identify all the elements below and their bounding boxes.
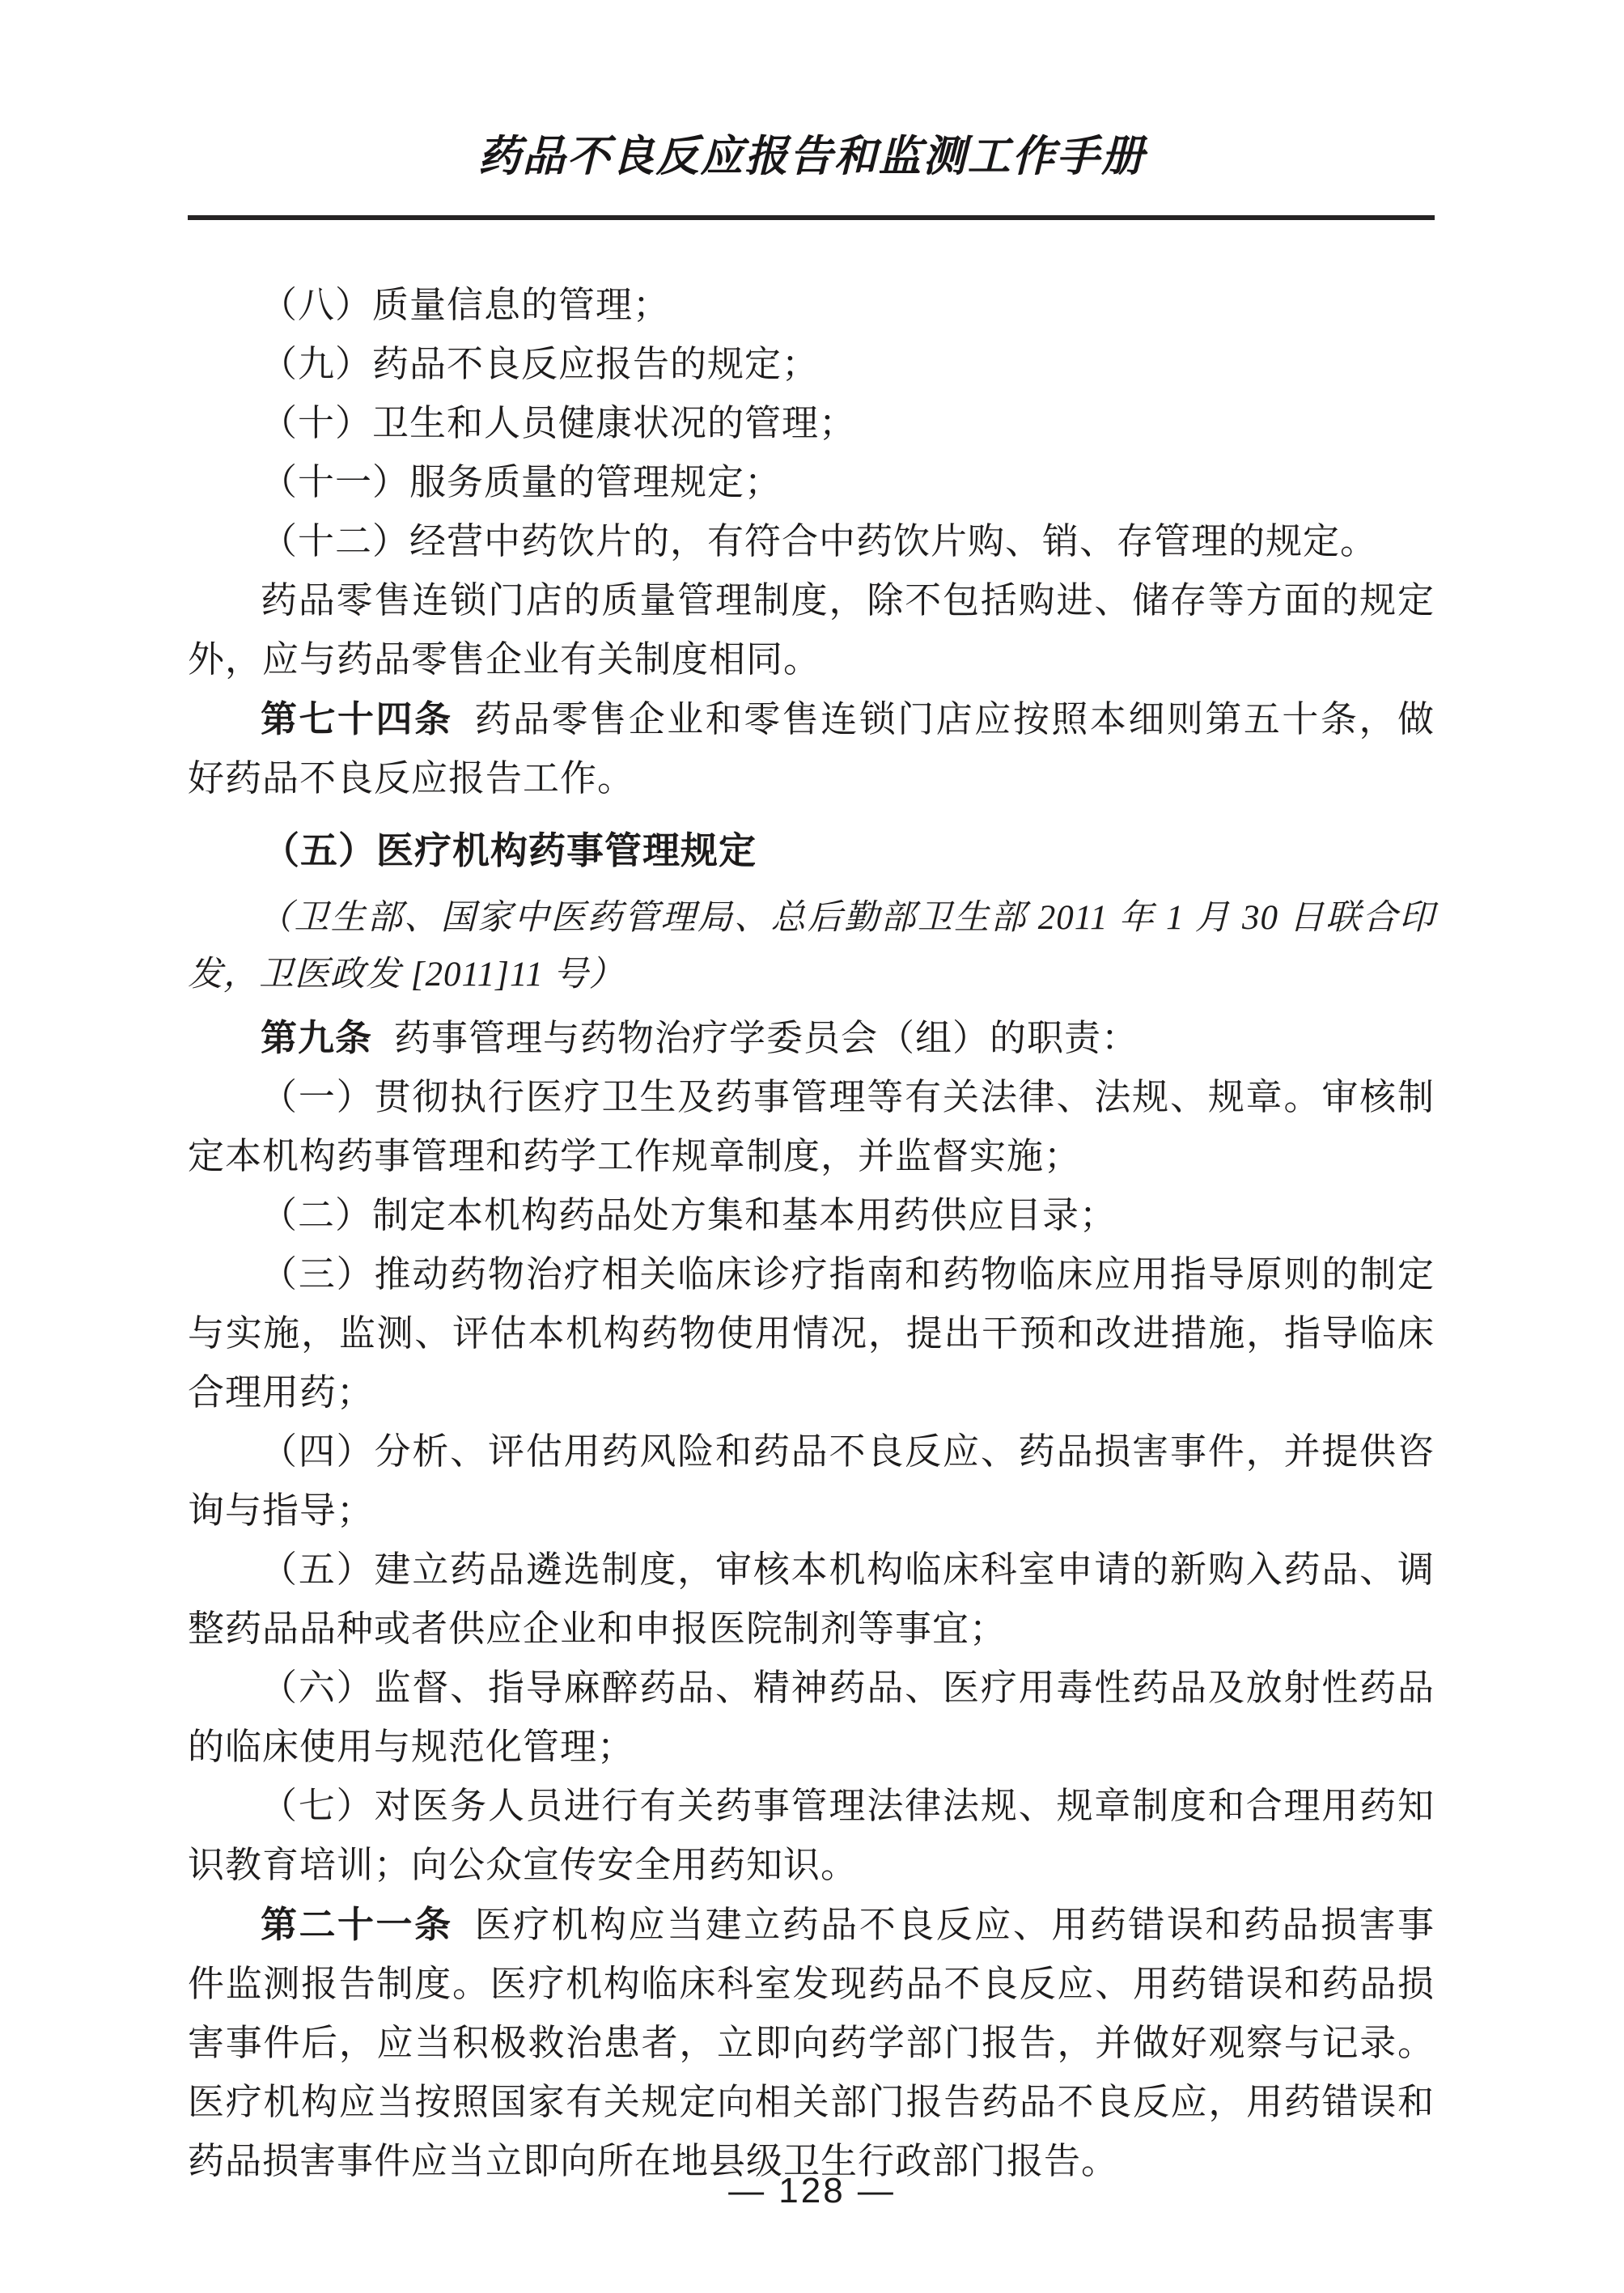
paragraph: 药品零售连锁门店的质量管理制度，除不包括购进、储存等方面的规定外，应与药品零售企… bbox=[188, 571, 1435, 689]
paragraph: （十一）服务质量的管理规定； bbox=[188, 453, 1435, 512]
paragraph: （六）监督、指导麻醉药品、精神药品、医疗用毒性药品及放射性药品的临床使用与规范化… bbox=[188, 1659, 1435, 1777]
paragraph: （十二）经营中药饮片的，有符合中药饮片购、销、存管理的规定。 bbox=[188, 512, 1435, 571]
paragraph: 第二十一条医疗机构应当建立药品不良反应、用药错误和药品损害事件监测报告制度。医疗… bbox=[188, 1895, 1435, 2191]
paragraph: 第七十四条药品零售企业和零售连锁门店应按照本细则第五十条，做好药品不良反应报告工… bbox=[188, 689, 1435, 808]
header-rule bbox=[188, 215, 1435, 220]
issuance-note: （卫生部、国家中医药管理局、总后勤部卫生部 2011 年 1 月 30 日联合印… bbox=[188, 890, 1435, 1003]
document-page: 药品不良反应报告和监测工作手册 （八）质量信息的管理；（九）药品不良反应报告的规… bbox=[0, 0, 1624, 2293]
paragraph: （七）对医务人员进行有关药事管理法律法规、规章制度和合理用药知识教育培训；向公众… bbox=[188, 1777, 1435, 1895]
paragraph: （二）制定本机构药品处方集和基本用药供应目录； bbox=[188, 1186, 1435, 1245]
article-number: 第二十一条 bbox=[261, 1904, 453, 1945]
running-header-title: 药品不良反应报告和监测工作手册 bbox=[189, 132, 1435, 182]
paragraph: （五）建立药品遴选制度，审核本机构临床科室申请的新购入药品、调整药品品种或者供应… bbox=[188, 1541, 1435, 1659]
article-number: 第九条 bbox=[261, 1017, 372, 1058]
paragraph: （十）卫生和人员健康状况的管理； bbox=[188, 394, 1435, 453]
paragraph: （八）质量信息的管理； bbox=[188, 276, 1435, 335]
page-number: — 128 — bbox=[0, 2170, 1624, 2212]
paragraph: （一）贯彻执行医疗卫生及药事管理等有关法律、法规、规章。审核制定本机构药事管理和… bbox=[188, 1068, 1435, 1186]
paragraph: （四）分析、评估用药风险和药品不良反应、药品损害事件，并提供咨询与指导； bbox=[188, 1422, 1435, 1541]
paragraph: 第九条药事管理与药物治疗学委员会（组）的职责： bbox=[188, 1008, 1435, 1068]
article-number: 第七十四条 bbox=[261, 698, 453, 740]
paragraph: （九）药品不良反应报告的规定； bbox=[188, 335, 1435, 394]
page-body: （八）质量信息的管理；（九）药品不良反应报告的规定；（十）卫生和人员健康状况的管… bbox=[188, 276, 1435, 2191]
section-heading: （五）医疗机构药事管理规定 bbox=[188, 821, 1435, 880]
paragraph: （三）推动药物治疗相关临床诊疗指南和药物临床应用指导原则的制定与实施，监测、评估… bbox=[188, 1245, 1435, 1422]
